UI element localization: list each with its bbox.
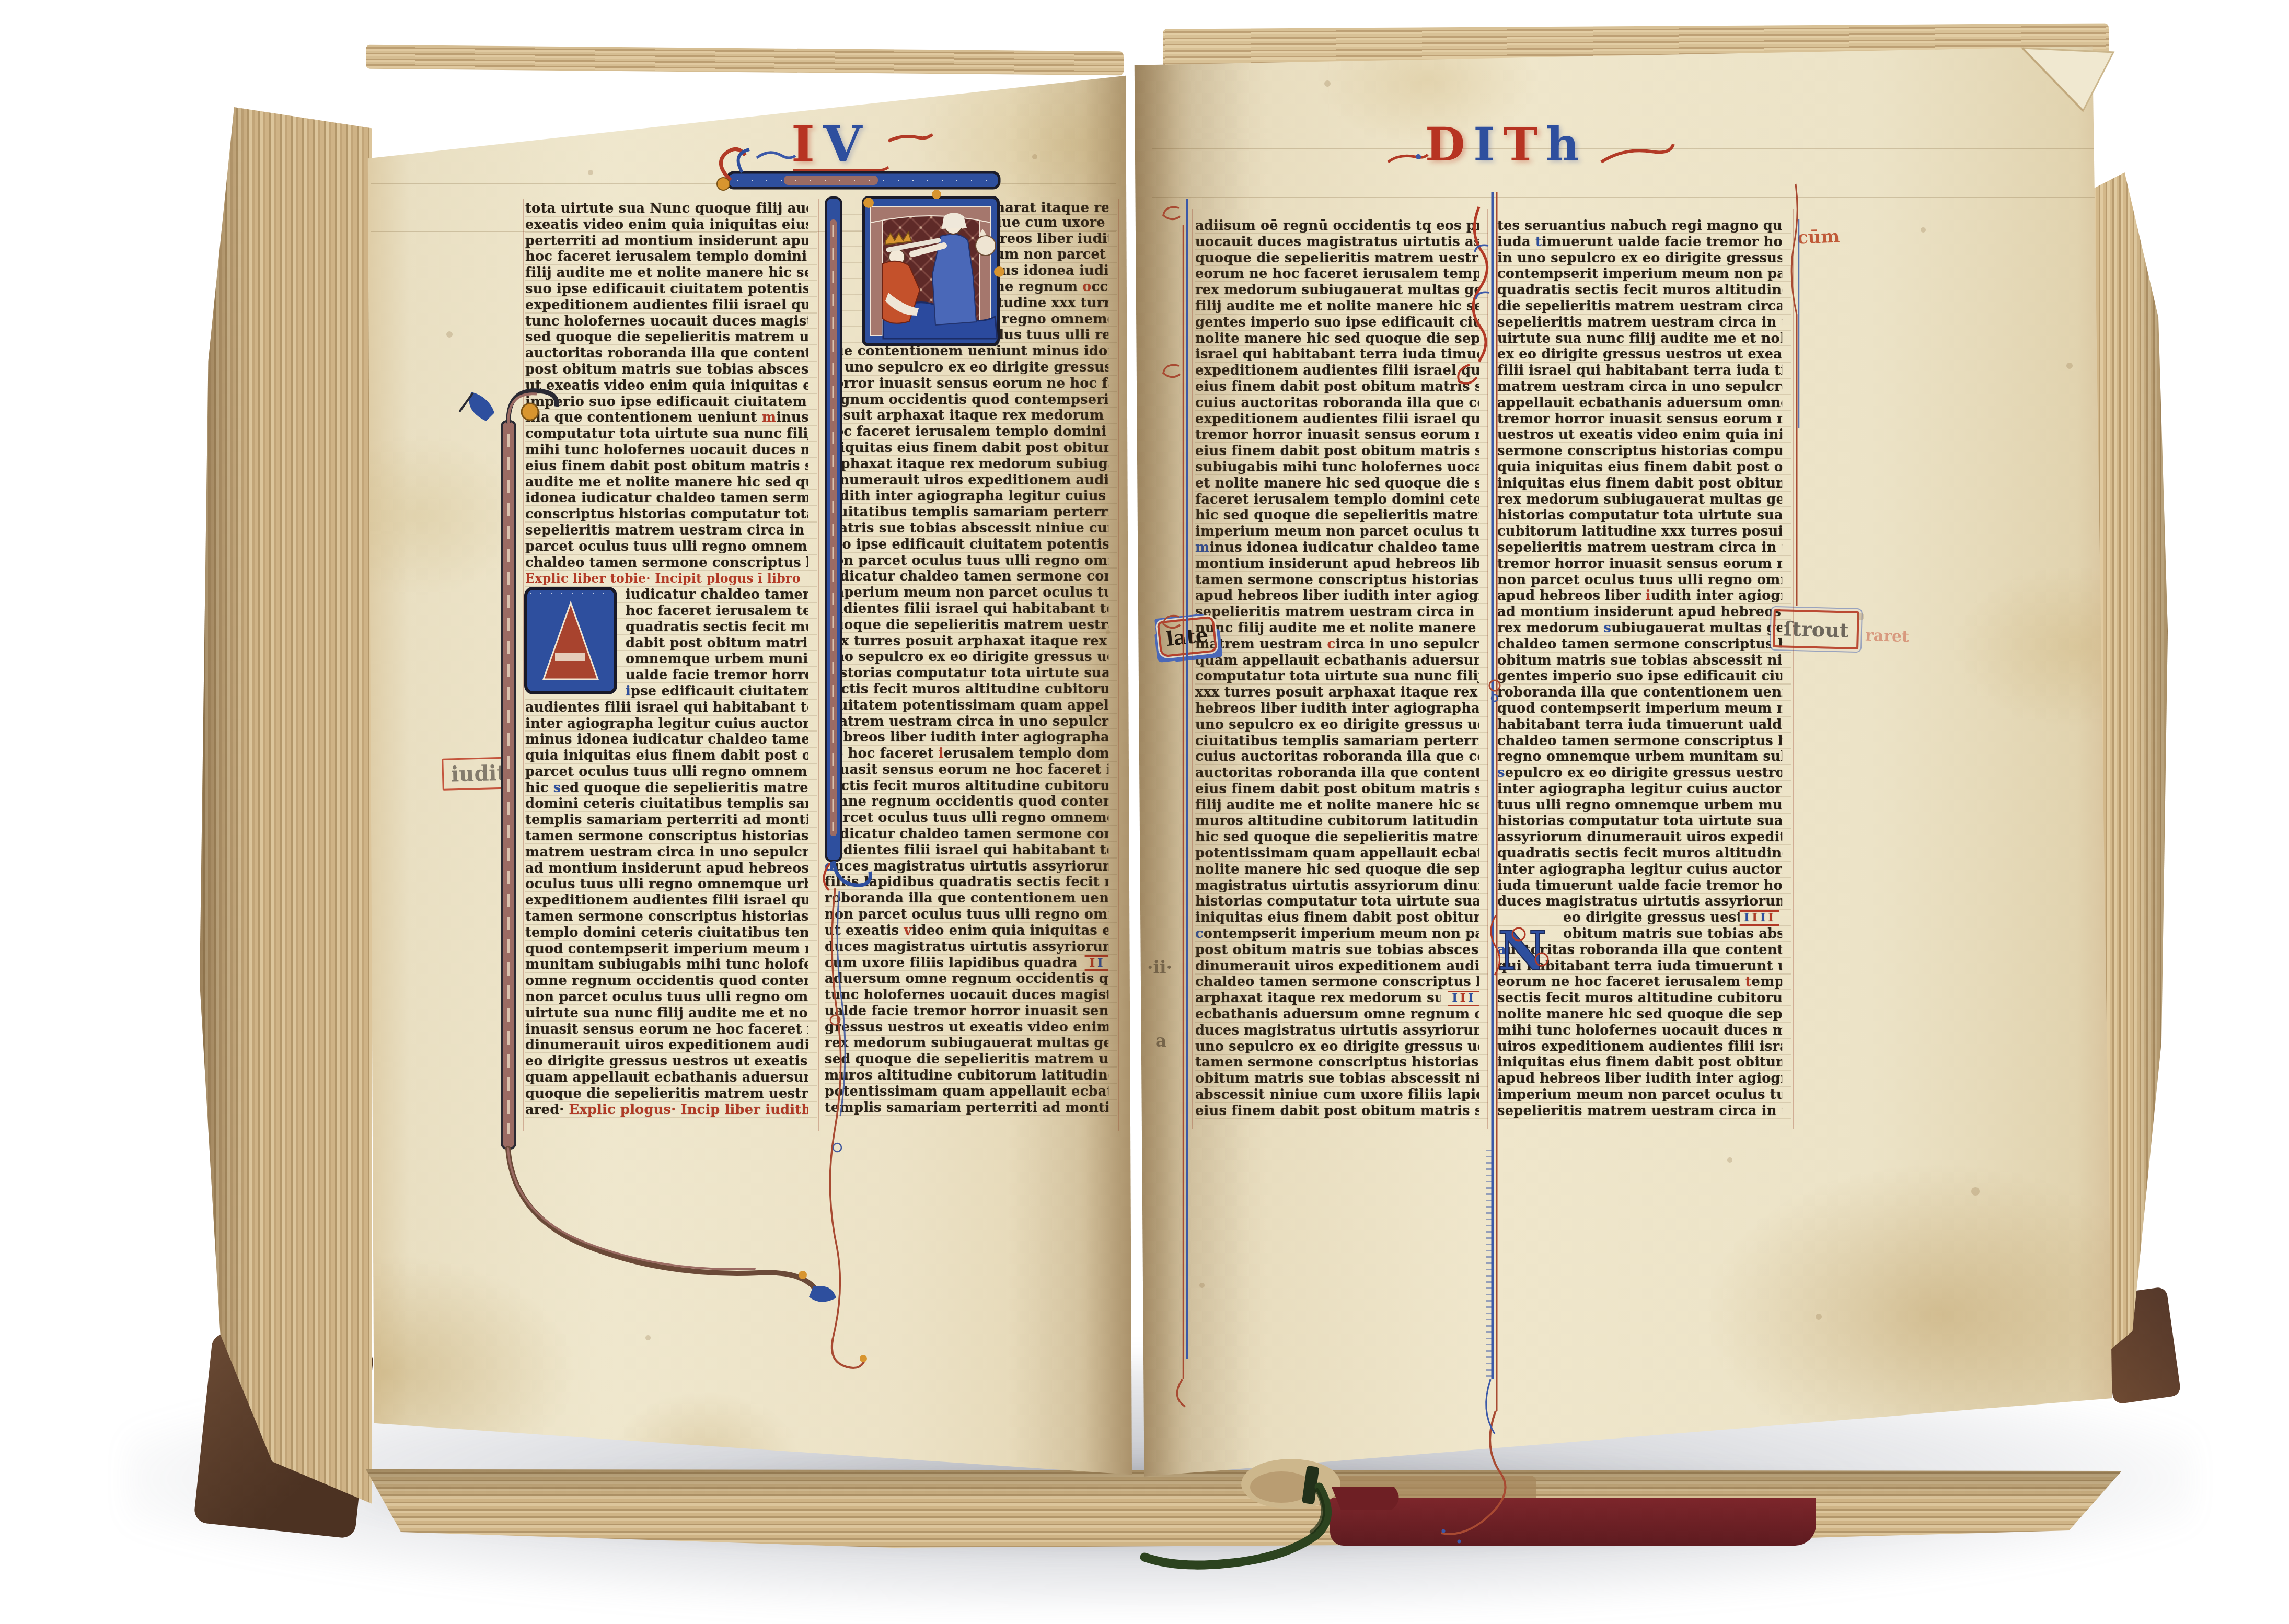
text-line: nolite manere hic sed quoque die sepelie… xyxy=(1195,331,1479,347)
text-line: sectis fecit muros altitudine cubitorum … xyxy=(825,681,1108,698)
text-column-right-2: tes seruantius nabuch regi magno qui min… xyxy=(1497,218,1791,1124)
photo-background: IV tota uirtute sua Nunc quoque filij au… xyxy=(0,0,2289,1624)
text-line: hebreos liber iudith inter agiographa le… xyxy=(825,231,1108,247)
top-page-edges-left xyxy=(366,45,1124,76)
text-line: matris sue tobias abscessit niniue cum u… xyxy=(825,520,1108,537)
text-line: audientes filii israel qui habitabant te… xyxy=(825,842,1108,859)
text-line: in uno sepulcro ex eo dirigite gressus u… xyxy=(825,359,1108,376)
text-line: omnemque urbem munitam subiugabis mihi t… xyxy=(525,651,808,667)
text-line: oculus tuus ulli regno omnemque urbem mu… xyxy=(525,876,808,892)
text-line: tes seruantius nabuch regi magno qui min… xyxy=(1497,218,1782,234)
text-line: rex medorum subiugauerat multas gentes i… xyxy=(1497,492,1782,508)
text-line: eo dirigite gressus uestros utIIII xyxy=(1497,910,1782,926)
text-line: contempserit imperium meum non parcet oc… xyxy=(1195,926,1479,942)
text-line: imperio suo ipse edificauit ciuitatem po… xyxy=(525,394,808,410)
text-line: non parcet oculus tuus ulli regno omnemq… xyxy=(825,907,1108,923)
text-line: gentes imperio suo ipse edificauit ciuit… xyxy=(1497,668,1782,685)
text-line: que contentionem ueniunt minus idonea iu… xyxy=(825,343,1108,359)
text-line: Rpharat itaque rex medorum subiugauerat … xyxy=(825,199,1108,215)
text-line: exeatis video enim quia iniquitas eius f… xyxy=(525,217,808,233)
header-letter: T xyxy=(1503,121,1537,167)
text-line: mihi tunc holofernes uocauit duces magis… xyxy=(525,442,808,458)
text-line: eorum ne hoc faceret ierusalem templo do… xyxy=(1195,266,1479,282)
text-line: iudicatur chaldeo tamen sermone conscrip… xyxy=(825,826,1108,842)
text-line: computatur tota uirtute sua nunc filij a… xyxy=(525,426,808,442)
text-line: duces magistratus uirtutis assyriorum di… xyxy=(825,939,1108,955)
text-line: tamen sermone conscriptus historias comp… xyxy=(1195,572,1479,588)
text-line: templo domini ceteris ciuitatibus templi… xyxy=(525,925,808,941)
text-line: iniquitas eius finem dabit post obitum m… xyxy=(1195,910,1479,926)
text-line: conscriptus historias computatur tota ui… xyxy=(525,506,808,523)
text-line: domini ceteris ciuitatibus templis samar… xyxy=(525,796,808,812)
text-line: et nolite manere hic sed quoque die sepe… xyxy=(1195,475,1479,492)
text-line: sepulcro ex eo dirigite gressus uestros … xyxy=(1497,765,1782,781)
text-line: mihi tunc holofernes uocauit duces magis… xyxy=(1497,1023,1782,1039)
text-line: ciuitatibus templis samariam perterriti … xyxy=(825,504,1108,520)
text-line: eius finem dabit post obitum matris sue … xyxy=(1195,379,1479,395)
text-line: tremor horror inuasit sensus eorum ne ho… xyxy=(1195,427,1479,443)
text-line: uno sepulcro ex eo dirigite gressus uest… xyxy=(1195,1039,1479,1055)
text-line: rex medorum subiugauerat multas gentes i… xyxy=(825,1035,1108,1051)
text-line: obitum matris sue tobias abscessit niniu… xyxy=(1497,653,1782,669)
text-line: perterriti ad montium insiderunt apud he… xyxy=(525,233,808,249)
margin-note-cum: cūm xyxy=(1797,226,1840,249)
text-line: imperium meum non parcet oculus tuus ull… xyxy=(1195,524,1479,540)
text-line: parcet oculus tuus ulli regno omnemque u… xyxy=(525,539,808,555)
text-line: quadratis sectis fecit muros altitudine … xyxy=(525,619,808,635)
ruling-line xyxy=(1152,197,2097,198)
header-letter: h xyxy=(1546,121,1579,167)
text-line: sepelieritis matrem uestram circa in uno… xyxy=(1195,604,1479,620)
text-line: matrem uestram circa in uno sepulcro ex … xyxy=(1195,636,1479,653)
left-page-edges xyxy=(200,107,372,1518)
text-line: quod contempserit imperium meum non parc… xyxy=(525,941,808,957)
text-line: oculus tuus ulli regno omnemque urbem mu… xyxy=(825,327,1108,343)
text-line: magistratus uirtutis assyriorum dinumera… xyxy=(1195,878,1479,894)
text-line: chaldeo tamen sermone conscriptus histor… xyxy=(1497,636,1782,653)
running-header-right: DITh xyxy=(1425,121,1579,167)
text-line: auctoritas roboranda illa que contention… xyxy=(525,345,808,362)
text-line: nolite manere hic sed quoque die sepelie… xyxy=(1497,1006,1782,1023)
text-line: chaldeo tamen sermone conscriptus histor… xyxy=(1497,733,1782,749)
header-letter: I xyxy=(1473,121,1495,167)
text-line: audite me et nolite manere hic sed quoqu… xyxy=(525,474,808,491)
text-line: quia iniquitas eius finem dabit post obi… xyxy=(525,748,808,764)
text-line: hoc faceret ierusalem templo domini cete… xyxy=(525,249,808,265)
text-line: hic sed quoque die sepelieritis matrem u… xyxy=(1195,829,1479,845)
text-line: inuasit sensus eorum ne hoc faceret ieru… xyxy=(825,762,1108,778)
text-line: tota uirtute sua Nunc quoque filij audit… xyxy=(525,201,808,217)
text-line: parcet oculus tuus ulli regno omnemque u… xyxy=(525,764,808,780)
text-line: tamen sermone conscriptus historias comp… xyxy=(1195,1054,1479,1071)
header-letter: V xyxy=(823,119,862,169)
text-line: uirtute sua nunc filij audite me et noli… xyxy=(525,1005,808,1022)
text-line: tamen sermone conscriptus historias comp… xyxy=(525,909,808,925)
text-line: nunc filij audite me et nolite manere hi… xyxy=(1195,620,1479,636)
text-line: non parcet oculus tuus ulli regno omnemq… xyxy=(825,553,1108,569)
text-line: iudicatur chaldeo tamen sermone conscrip… xyxy=(825,569,1108,585)
red-binding-edge xyxy=(1330,1498,1816,1546)
text-line: filiis lapidibus quadratis sectis fecit … xyxy=(825,874,1108,890)
text-line: quoque die sepelieritis matrem uestram c… xyxy=(525,1086,808,1102)
text-line: hic sed quoque die sepelieritis matrem u… xyxy=(525,780,808,796)
text-line: regnum occidentis quod contempserit impe… xyxy=(825,392,1108,408)
text-line: Explic liber tobie· Incipit plogus ī lib… xyxy=(525,571,808,587)
text-line: xxx turres posuit arphaxat itaque rex me… xyxy=(1195,685,1479,701)
text-line: sepelieritis matrem uestram circa in uno… xyxy=(1497,315,1782,331)
text-line: expeditionem audientes filii israel qui … xyxy=(1195,363,1479,379)
text-column-right-1: adiisum oē regnū occidentis tq eos pre a… xyxy=(1195,218,1488,1123)
text-line: duces magistratus uirtutis assyriorum di… xyxy=(825,859,1108,875)
text-line: dinumerauit uiros expeditionem audientes… xyxy=(1195,958,1479,975)
text-line: muros altitudine cubitorum latitudine xx… xyxy=(1195,813,1479,829)
header-letter: D xyxy=(1425,121,1465,167)
text-line: montium insiderunt apud hebreos liber iu… xyxy=(1195,556,1479,572)
margin-note-faint: raret xyxy=(1865,627,1909,646)
text-line: cum uxore filiis lapidibus quadratisII xyxy=(825,955,1108,971)
text-line: uiros expeditionem audientes filii israe… xyxy=(1497,1039,1782,1055)
text-line: ne hoc faceret ierusalem templo domini c… xyxy=(825,746,1108,762)
text-line: hebreos liber iudith inter agiographa le… xyxy=(825,729,1108,746)
gutter-mark: a xyxy=(1155,1030,1166,1051)
margin-cartouche-late: late xyxy=(1157,616,1217,658)
text-line: eius finem dabit post obitum matris sue … xyxy=(1195,781,1479,797)
text-line: imperium meum non parcet oculus tuus ull… xyxy=(1497,1087,1782,1103)
text-line: omne regnum occidentis quod contempserit… xyxy=(525,973,808,989)
text-line: sepelieritis matrem uestram circa in uno… xyxy=(1497,540,1782,556)
text-line: latitudine xxx turres posuit arphaxat it… xyxy=(825,295,1108,311)
text-line: non parcet oculus tuus ulli regno omnemq… xyxy=(525,989,808,1005)
text-line: tremor horror inuasit sensus eorum ne ho… xyxy=(1497,411,1782,427)
text-line: arphaxat itaque rex medorum subiugauerat… xyxy=(825,456,1108,472)
text-line: meum non parcet oculus tuus ulli regno o… xyxy=(825,247,1108,263)
text-line: duces magistratus uirtutis assyriorum di… xyxy=(1195,1023,1479,1039)
text-line: nolite manere hic sed quoque die sepelie… xyxy=(1195,862,1479,878)
text-line: matrem uestram circa in uno sepulcro ex … xyxy=(825,714,1108,730)
text-line: regno omnemque urbem munitam subiugabis … xyxy=(1497,749,1782,765)
text-line: eius finem dabit post obitum matris sue … xyxy=(525,458,808,474)
text-line: sed quoque die sepelieritis matrem uestr… xyxy=(825,1051,1108,1068)
text-line: cuius auctoritas roboranda illa que cont… xyxy=(1195,395,1479,411)
text-line: imperium meum non parcet oculus tuus ull… xyxy=(825,585,1108,601)
ruling-line xyxy=(371,183,1117,184)
text-line: suo ipse edificauit ciuitatem potentissi… xyxy=(525,281,808,297)
text-line: ualde facie tremor horror inuasit sensus… xyxy=(825,1003,1108,1019)
text-line: ualde facie tremor horror inuasit sensus… xyxy=(525,667,808,683)
text-line: ad montium insiderunt apud hebreos liber… xyxy=(525,861,808,877)
text-line: eo dirigite gressus uestros ut exeatis v… xyxy=(525,1053,808,1070)
text-line: eorum ne hoc faceret ierusalem templo do… xyxy=(1497,974,1782,990)
text-line: arphaxat itaque rex medorum subiugauerat… xyxy=(1195,990,1479,1006)
text-line: iniquitas eius finem dabit post obitum m… xyxy=(1497,475,1782,492)
text-line: post obitum matris sue tobias abscessit … xyxy=(1195,942,1479,958)
text-line: ut exeatis video enim quia iniquitas eiu… xyxy=(525,378,808,394)
text-line: dinumerauit uiros expeditionem audientes… xyxy=(825,472,1108,489)
text-line: quoque die sepelieritis matrem uestram c… xyxy=(1195,250,1479,266)
text-line: roboranda illa que contentionem ueniunt … xyxy=(825,890,1108,907)
text-line: templis samariam perterriti ad montium i… xyxy=(525,812,808,828)
text-line: xxx turres posuit arphaxat itaque rex me… xyxy=(825,633,1108,649)
text-line: sepelieritis matrem uestram circa in uno… xyxy=(525,523,808,539)
left-page[interactable]: IV tota uirtute sua Nunc quoque filij au… xyxy=(355,59,1132,1486)
text-line: expeditionem audientes filii israel qui … xyxy=(1195,411,1479,427)
text-line: computatur tota uirtute sua nunc filij a… xyxy=(1195,668,1479,685)
text-line: dinumerauit uiros expeditionem audientes… xyxy=(525,1037,808,1053)
text-line: iudith inter agiographa legitur cuius au… xyxy=(825,488,1108,504)
text-line: historias computatur tota uirtute sua nu… xyxy=(1497,813,1782,829)
text-line: ulli regno omnemque urbem munitam subiug… xyxy=(825,311,1108,328)
chapter-numeral: IIII xyxy=(1740,910,1779,926)
text-line: adiisum oē regnū occidentis tq eos pre a… xyxy=(1195,218,1479,234)
text-line: tunc holofernes uocauit duces magistratu… xyxy=(825,987,1108,1003)
text-line: eius finem dabit post obitum matris sue … xyxy=(1195,1103,1479,1119)
chapter-numeral: III xyxy=(1448,991,1479,1006)
text-line: ut exeatis video enim quia iniquitas eiu… xyxy=(825,923,1108,939)
text-line: minus idonea iudicatur chaldeo tamen ser… xyxy=(825,263,1108,279)
text-line: in uno sepulcro ex eo dirigite gressus u… xyxy=(1497,250,1782,266)
text-line: contempserit imperium meum non parcet oc… xyxy=(1497,266,1782,282)
text-line: tamen sermone conscriptus historias comp… xyxy=(525,828,808,844)
text-line: faceret ierusalem templo domini ceteris … xyxy=(1195,492,1479,508)
text-line: assyriorum dinumerauit uiros expeditione… xyxy=(1497,829,1782,845)
text-line: apud hebreos liber iudith inter agiograp… xyxy=(1497,588,1782,604)
text-line: cubitorum latitudine xxx turres posuit a… xyxy=(1497,524,1782,540)
margin-note-iudit: iudit xyxy=(442,757,515,791)
text-line: filij audite me et nolite manere hic sed… xyxy=(525,265,808,281)
text-line: abscessit niniue cum uxore filiis lapidi… xyxy=(1195,1087,1479,1103)
text-line: audientes filii israel qui habitabant te… xyxy=(525,700,808,716)
text-line: ecbathanis aduersum omne regnum occident… xyxy=(1195,1006,1479,1023)
text-column-left-2: Rpharat itaque rex medorum subiugauerat … xyxy=(825,199,1117,1119)
text-line: historias computatur tota uirtute sua nu… xyxy=(825,665,1108,681)
text-line: tunc holofernes uocauit duces magistratu… xyxy=(525,314,808,330)
text-line: inter agiographa legitur cuius auctorita… xyxy=(1497,862,1782,878)
text-line: die sepelieritis matrem uestram circa in… xyxy=(1497,298,1782,315)
text-line: uocauit duces magistratus uirtutis assyr… xyxy=(1195,234,1479,250)
text-line: hebreos liber iudith inter agiographa le… xyxy=(1195,701,1479,717)
text-line: quadratis sectis fecit muros altitudine … xyxy=(1497,282,1782,298)
text-line: filij audite me et nolite manere hic sed… xyxy=(1195,298,1479,315)
text-line: post obitum matris sue tobias abscessit … xyxy=(525,362,808,378)
text-line: sepelieritis matrem uestram circa in uno… xyxy=(1497,1103,1782,1119)
text-line: rex medorum subiugauerat multas gentes i… xyxy=(1195,282,1479,298)
text-line: suo ipse edificauit ciuitatem potentissi… xyxy=(825,537,1108,553)
running-header-left: IV xyxy=(791,119,862,169)
text-line: inuasit sensus eorum ne hoc faceret ieru… xyxy=(525,1022,808,1038)
text-line: israel qui habitabant terra iuda timueru… xyxy=(1195,346,1479,363)
text-line: horror inuasit sensus eorum ne hoc facer… xyxy=(825,376,1108,392)
text-line: appellauit ecbathanis aduersum omne regn… xyxy=(1497,395,1782,411)
text-line: hoc faceret ierusalem templo domini cete… xyxy=(825,424,1108,440)
text-line: hoc faceret ierusalem templo domini cete… xyxy=(525,603,808,619)
text-line: ipse edificauit ciuitatem potentissimam … xyxy=(525,683,808,700)
text-line: chaldeo tamen sermone conscriptus histor… xyxy=(525,555,808,571)
text-line: sed quoque die sepelieritis matrem uestr… xyxy=(525,329,808,345)
text-line: roboranda illa que contentionem ueniunt … xyxy=(1497,685,1782,701)
right-page[interactable]: DITh adiisum oē regnū occidentis tq eos … xyxy=(1132,38,2116,1488)
text-line: duces magistratus uirtutis assyriorum di… xyxy=(1497,894,1782,910)
text-line: illa que contentionem ueniunt minus idon… xyxy=(525,410,808,426)
text-line: parcet oculus tuus ulli regno omnemque u… xyxy=(825,810,1108,826)
text-line: potentissimam quam appellauit ecbathanis… xyxy=(1195,845,1479,862)
text-line: tremor horror inuasit sensus eorum ne ho… xyxy=(1497,556,1782,572)
text-line: ad montium insiderunt apud hebreos liber… xyxy=(1497,604,1782,620)
text-line: sermone conscriptus historias computatur… xyxy=(1497,443,1782,459)
text-line: hic sed quoque die sepelieritis matrem u… xyxy=(1195,507,1479,524)
text-line: gressus uestros ut exeatis video enim qu… xyxy=(825,1019,1108,1036)
text-line: non parcet oculus tuus ulli regno omnemq… xyxy=(1497,572,1782,588)
text-column-left-1: tota uirtute sua Nunc quoque filij audit… xyxy=(525,201,817,1120)
text-line: uestros ut exeatis video enim quia iniqu… xyxy=(1497,427,1782,443)
text-line: filij audite me et nolite manere hic sed… xyxy=(1195,797,1479,814)
ruling-line xyxy=(1152,148,2097,149)
gutter-mark: ·ii· xyxy=(1147,957,1172,978)
text-line: expeditionem audientes filii israel qui … xyxy=(525,297,808,314)
text-line: muros altitudine cubitorum latitudine xx… xyxy=(825,1068,1108,1084)
text-line: aduersum omne regnum occidentis quod con… xyxy=(825,971,1108,987)
text-line: potentissimam quam appellauit ecbathanis… xyxy=(825,1084,1108,1100)
text-line: ciuitatem potentissimam quam appellauit … xyxy=(825,698,1108,714)
text-line: ared· Explic plogus· Incip liber iudith xyxy=(525,1102,808,1118)
text-line: minus idonea iudicatur chaldeo tamen ser… xyxy=(525,732,808,748)
text-line: posuit arphaxat itaque rex medorum subiu… xyxy=(825,408,1108,424)
text-line: matrem uestram circa in uno sepulcro ex … xyxy=(1497,379,1782,395)
bottom-page-edges xyxy=(366,1469,2122,1548)
text-line: quoque die sepelieritis matrem uestram c… xyxy=(825,617,1108,633)
text-line: obitum matris sue tobias abscessit niniu… xyxy=(1497,926,1782,942)
text-line: obitum matris sue tobias abscessit niniu… xyxy=(1195,1071,1479,1087)
text-line: filii israel qui habitabant terra iuda t… xyxy=(1497,363,1782,379)
text-line: tuus ulli regno omnemque urbem munitam s… xyxy=(1497,797,1782,814)
text-line: munitam subiugabis mihi tunc holofernes … xyxy=(525,957,808,973)
text-line: historias computatur tota uirtute sua nu… xyxy=(1195,894,1479,910)
text-line: historias computatur tota uirtute sua nu… xyxy=(1497,507,1782,524)
text-line: gentes imperio suo ipse edificauit ciuit… xyxy=(1195,315,1479,331)
text-line: habitabant terra iuda timuerunt ualde fa… xyxy=(1497,717,1782,733)
text-line: subiugabis mihi tunc holofernes uocauit … xyxy=(1195,459,1479,475)
text-line: matrem uestram circa in uno sepulcro ex … xyxy=(525,844,808,861)
margin-note-boxed: ſtrout xyxy=(1773,609,1859,649)
text-line: ex eo dirigite gressus uestros ut exeati… xyxy=(1497,346,1782,363)
text-line: uno sepulcro ex eo dirigite gressus uest… xyxy=(825,649,1108,665)
text-line: apud hebreos liber iudith inter agiograp… xyxy=(1195,588,1479,604)
text-line: rex medorum subiugauerat multas gentes i… xyxy=(1497,620,1782,636)
text-line: quam appellauit ecbathanis aduersum omne… xyxy=(1195,653,1479,669)
text-line: niniue cum uxore filiis lapidibus quadra… xyxy=(825,215,1108,231)
text-line: inter agiographa legitur cuius auctorita… xyxy=(1497,781,1782,797)
text-line: uno sepulcro ex eo dirigite gressus uest… xyxy=(1195,717,1479,733)
text-line: apud hebreos liber iudith inter agiograp… xyxy=(1497,1071,1782,1087)
text-line: quod contempserit imperium meum non parc… xyxy=(1497,701,1782,717)
text-line: chaldeo tamen sermone conscriptus histor… xyxy=(1195,974,1479,990)
text-line: iudicatur chaldeo tamen sermone conscrip… xyxy=(525,587,808,603)
chapter-numeral: II xyxy=(1085,955,1108,971)
text-line: expeditionem audientes filii israel qui … xyxy=(525,892,808,909)
text-line: auctoritas roboranda illa que contention… xyxy=(1195,765,1479,781)
text-line: omne regnum occidentis quod contempserit… xyxy=(825,794,1108,810)
text-line: templis samariam perterriti ad montium i… xyxy=(825,1100,1108,1116)
text-line: ciuitatibus templis samariam perterriti … xyxy=(1195,733,1479,749)
text-line: qui habitabant terra iuda timuerunt uald… xyxy=(1497,958,1782,975)
text-line: quia iniquitas eius finem dabit post obi… xyxy=(1497,459,1782,475)
text-line: iniquitas eius finem dabit post obitum m… xyxy=(1497,1054,1782,1071)
text-line: dabit post obitum matris sue tobias absc… xyxy=(525,635,808,652)
text-line: auctoritas roboranda illa que contention… xyxy=(1497,942,1782,958)
text-line: sectis fecit muros altitudine cubitorum … xyxy=(1497,990,1782,1006)
text-line: minus idonea iudicatur chaldeo tamen ser… xyxy=(1195,540,1479,556)
text-line: eius finem dabit post obitum matris sue … xyxy=(1195,443,1479,459)
text-line: audientes filii israel qui habitabant te… xyxy=(825,601,1108,617)
text-line: quam appellauit ecbathanis aduersum omne… xyxy=(525,1070,808,1086)
text-line: iniquitas eius finem dabit post obitum m… xyxy=(825,440,1108,456)
text-line: idonea iudicatur chaldeo tamen sermone c… xyxy=(525,490,808,506)
text-line: omne regnum occidentis quod contempserit… xyxy=(825,279,1108,295)
text-line: uirtute sua nunc filij audite me et noli… xyxy=(1497,331,1782,347)
text-line: cuius auctoritas roboranda illa que cont… xyxy=(1195,749,1479,765)
text-line: iuda timuerunt ualde facie tremor horror… xyxy=(1497,234,1782,250)
text-line: inter agiographa legitur cuius auctorita… xyxy=(525,716,808,732)
text-line: sectis fecit muros altitudine cubitorum … xyxy=(825,778,1108,794)
header-letter: I xyxy=(791,119,815,169)
text-line: quadratis sectis fecit muros altitudine … xyxy=(1497,845,1782,862)
text-line: iuda timuerunt ualde facie tremor horror… xyxy=(1497,878,1782,894)
